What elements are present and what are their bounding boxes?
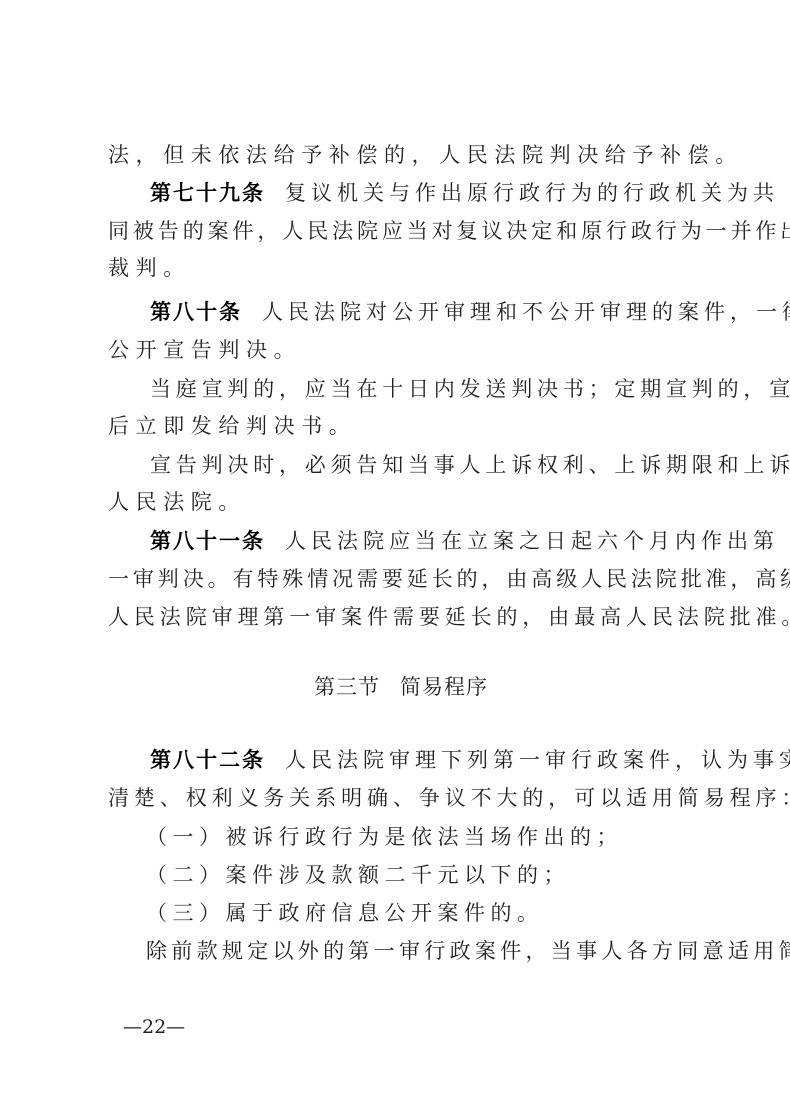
list-item: （一）被诉行政行为是依法当场作出的； (146, 822, 623, 852)
article-81-heading-line: 第八十一条人民法院应当在立案之日起六个月内作出第 (150, 526, 779, 556)
list-item: （三）属于政府信息公开案件的。 (146, 898, 544, 928)
list-item-text: （一）被诉行政行为是依法当场作出的； (146, 825, 623, 849)
line-text: 人民法院审理第一审案件需要延长的，由最高人民法院批准。 (108, 605, 790, 629)
line-text: 公开宣告判决。 (108, 338, 301, 362)
line-text: 清楚、权利义务关系明确、争议不大的，可以适用简易程序： (108, 786, 790, 810)
list-item-text: （二）案件涉及款额二千元以下的； (146, 863, 570, 887)
section-number: 第三节 (314, 675, 380, 699)
line-text: 人民法院应当在立案之日起六个月内作出第 (285, 529, 779, 553)
paragraph-line: 除前款规定以外的第一审行政案件，当事人各方同意适用简 (146, 936, 790, 966)
line-text: 当庭宣判的，应当在十日内发送判决书；定期宣判的，宣判 (150, 377, 790, 401)
line-text: 宣告判决时，必须告知当事人上诉权利、上诉期限和上诉的 (150, 453, 790, 477)
line-text: 人民法院。 (108, 490, 246, 514)
line-text: 人民法院对公开审理和不公开审理的案件，一律 (262, 300, 790, 324)
article-number: 第八十条 (150, 300, 242, 324)
paragraph-line: 一审判决。有特殊情况需要延长的，由高级人民法院批准，高级 (108, 564, 790, 594)
article-82-heading-line: 第八十二条人民法院审理下列第一审行政案件，认为事实 (150, 745, 790, 775)
paragraph-line: 公开宣告判决。 (108, 335, 301, 365)
page-number: —22— (123, 1016, 185, 1038)
article-80-heading-line: 第八十条人民法院对公开审理和不公开审理的案件，一律 (150, 297, 790, 327)
section-heading: 第三节简易程序 (108, 672, 694, 702)
paragraph-line: 人民法院审理第一审案件需要延长的，由最高人民法院批准。 (108, 602, 790, 632)
paragraph-line: 后立即发给判决书。 (108, 411, 356, 441)
article-number: 第八十一条 (150, 529, 265, 553)
paragraph-line: 法，但未依法给予补偿的，人民法院判决给予补偿。 (108, 140, 743, 170)
list-item: （二）案件涉及款额二千元以下的； (146, 860, 570, 890)
line-text: 人民法院审理下列第一审行政案件，认为事实 (285, 748, 790, 772)
paragraph-line: 清楚、权利义务关系明确、争议不大的，可以适用简易程序： (108, 783, 790, 813)
line-text: 后立即发给判决书。 (108, 414, 356, 438)
paragraph-line: 裁判。 (108, 253, 191, 283)
paragraph-line: 当庭宣判的，应当在十日内发送判决书；定期宣判的，宣判 (150, 374, 790, 404)
line-text: 一审判决。有特殊情况需要延长的，由高级人民法院批准，高级 (108, 567, 790, 591)
paragraph-line: 宣告判决时，必须告知当事人上诉权利、上诉期限和上诉的 (150, 450, 790, 480)
list-item-text: （三）属于政府信息公开案件的。 (146, 901, 544, 925)
line-text: 裁判。 (108, 256, 191, 280)
line-text: 除前款规定以外的第一审行政案件，当事人各方同意适用简 (146, 939, 790, 963)
article-number: 第七十九条 (150, 181, 265, 205)
line-text: 同被告的案件，人民法院应当对复议决定和原行政行为一并作出 (108, 219, 790, 243)
line-text: 法，但未依法给予补偿的，人民法院判决给予补偿。 (108, 143, 743, 167)
section-title: 简易程序 (400, 675, 488, 699)
article-79-heading-line: 第七十九条复议机关与作出原行政行为的行政机关为共 (150, 178, 779, 208)
article-number: 第八十二条 (150, 748, 265, 772)
paragraph-line: 同被告的案件，人民法院应当对复议决定和原行政行为一并作出 (108, 216, 790, 246)
paragraph-line: 人民法院。 (108, 487, 246, 517)
line-text: 复议机关与作出原行政行为的行政机关为共 (285, 181, 779, 205)
